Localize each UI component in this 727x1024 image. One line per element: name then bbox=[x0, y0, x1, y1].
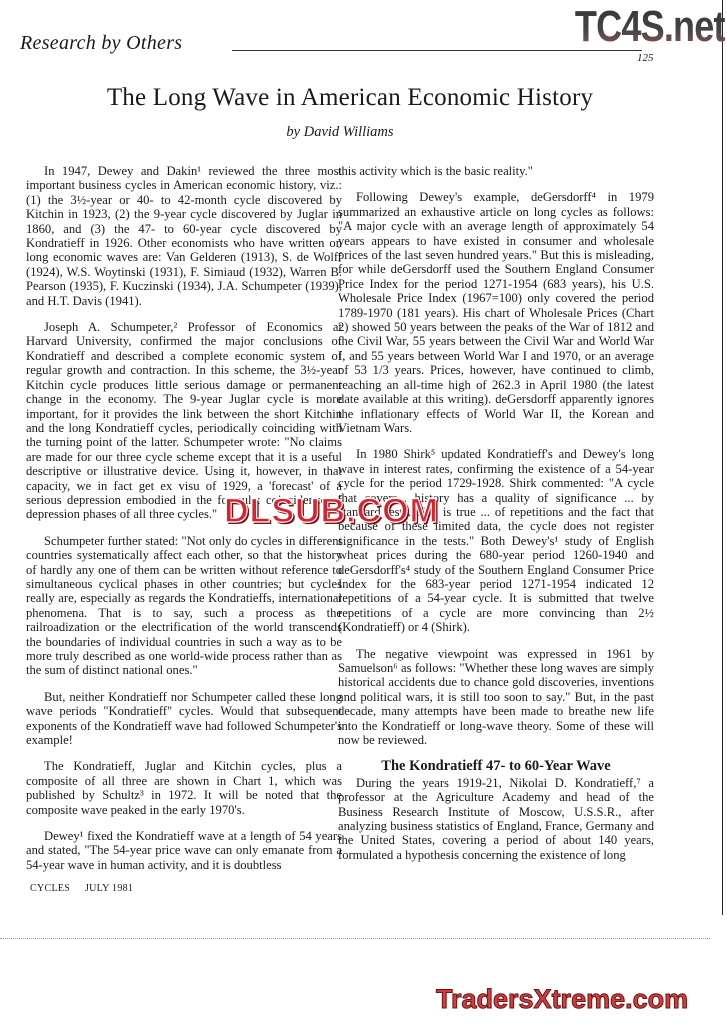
paragraph: In 1980 Shirk⁵ updated Kondratieff's and… bbox=[338, 447, 654, 634]
page-edge-line bbox=[722, 0, 723, 915]
watermark-tradersxtreme: TradersXtreme.com bbox=[436, 984, 688, 1015]
paragraph-continued: this activity which is the basic reality… bbox=[338, 164, 654, 178]
paragraph: The negative viewpoint was expressed in … bbox=[338, 647, 654, 748]
paragraph: Dewey¹ fixed the Kondratieff wave at a l… bbox=[26, 829, 342, 872]
running-header: Research by Others 125 bbox=[20, 28, 660, 58]
page-number: 125 bbox=[637, 52, 654, 64]
paragraph: In 1947, Dewey and Dakin¹ reviewed the t… bbox=[26, 164, 342, 308]
issue-date: JULY 1981 bbox=[85, 883, 133, 894]
publication-name: CYCLES bbox=[30, 883, 70, 894]
paragraph: Following Dewey's example, deGersdorff⁴ … bbox=[338, 190, 654, 435]
page-footer: CYCLES JULY 1981 bbox=[30, 883, 133, 894]
watermark-dlsub: DLSUB.COM bbox=[224, 492, 439, 531]
paragraph: During the years 1919-21, Nikolai D. Kon… bbox=[338, 776, 654, 862]
paragraph: Schumpeter further stated: "Not only do … bbox=[26, 534, 342, 678]
article-title: The Long Wave in American Economic Histo… bbox=[0, 84, 700, 112]
section-heading: The Kondratieff 47- to 60-Year Wave bbox=[338, 759, 654, 773]
scan-artifact-line bbox=[0, 938, 710, 940]
article-byline: by David Williams bbox=[0, 124, 680, 141]
paragraph: The Kondratieff, Juglar and Kitchin cycl… bbox=[26, 759, 342, 817]
watermark-tc4s: TC4S.net bbox=[575, 2, 725, 52]
paragraph: But, neither Kondratieff nor Schumpeter … bbox=[26, 690, 342, 748]
section-label: Research by Others bbox=[20, 32, 182, 55]
